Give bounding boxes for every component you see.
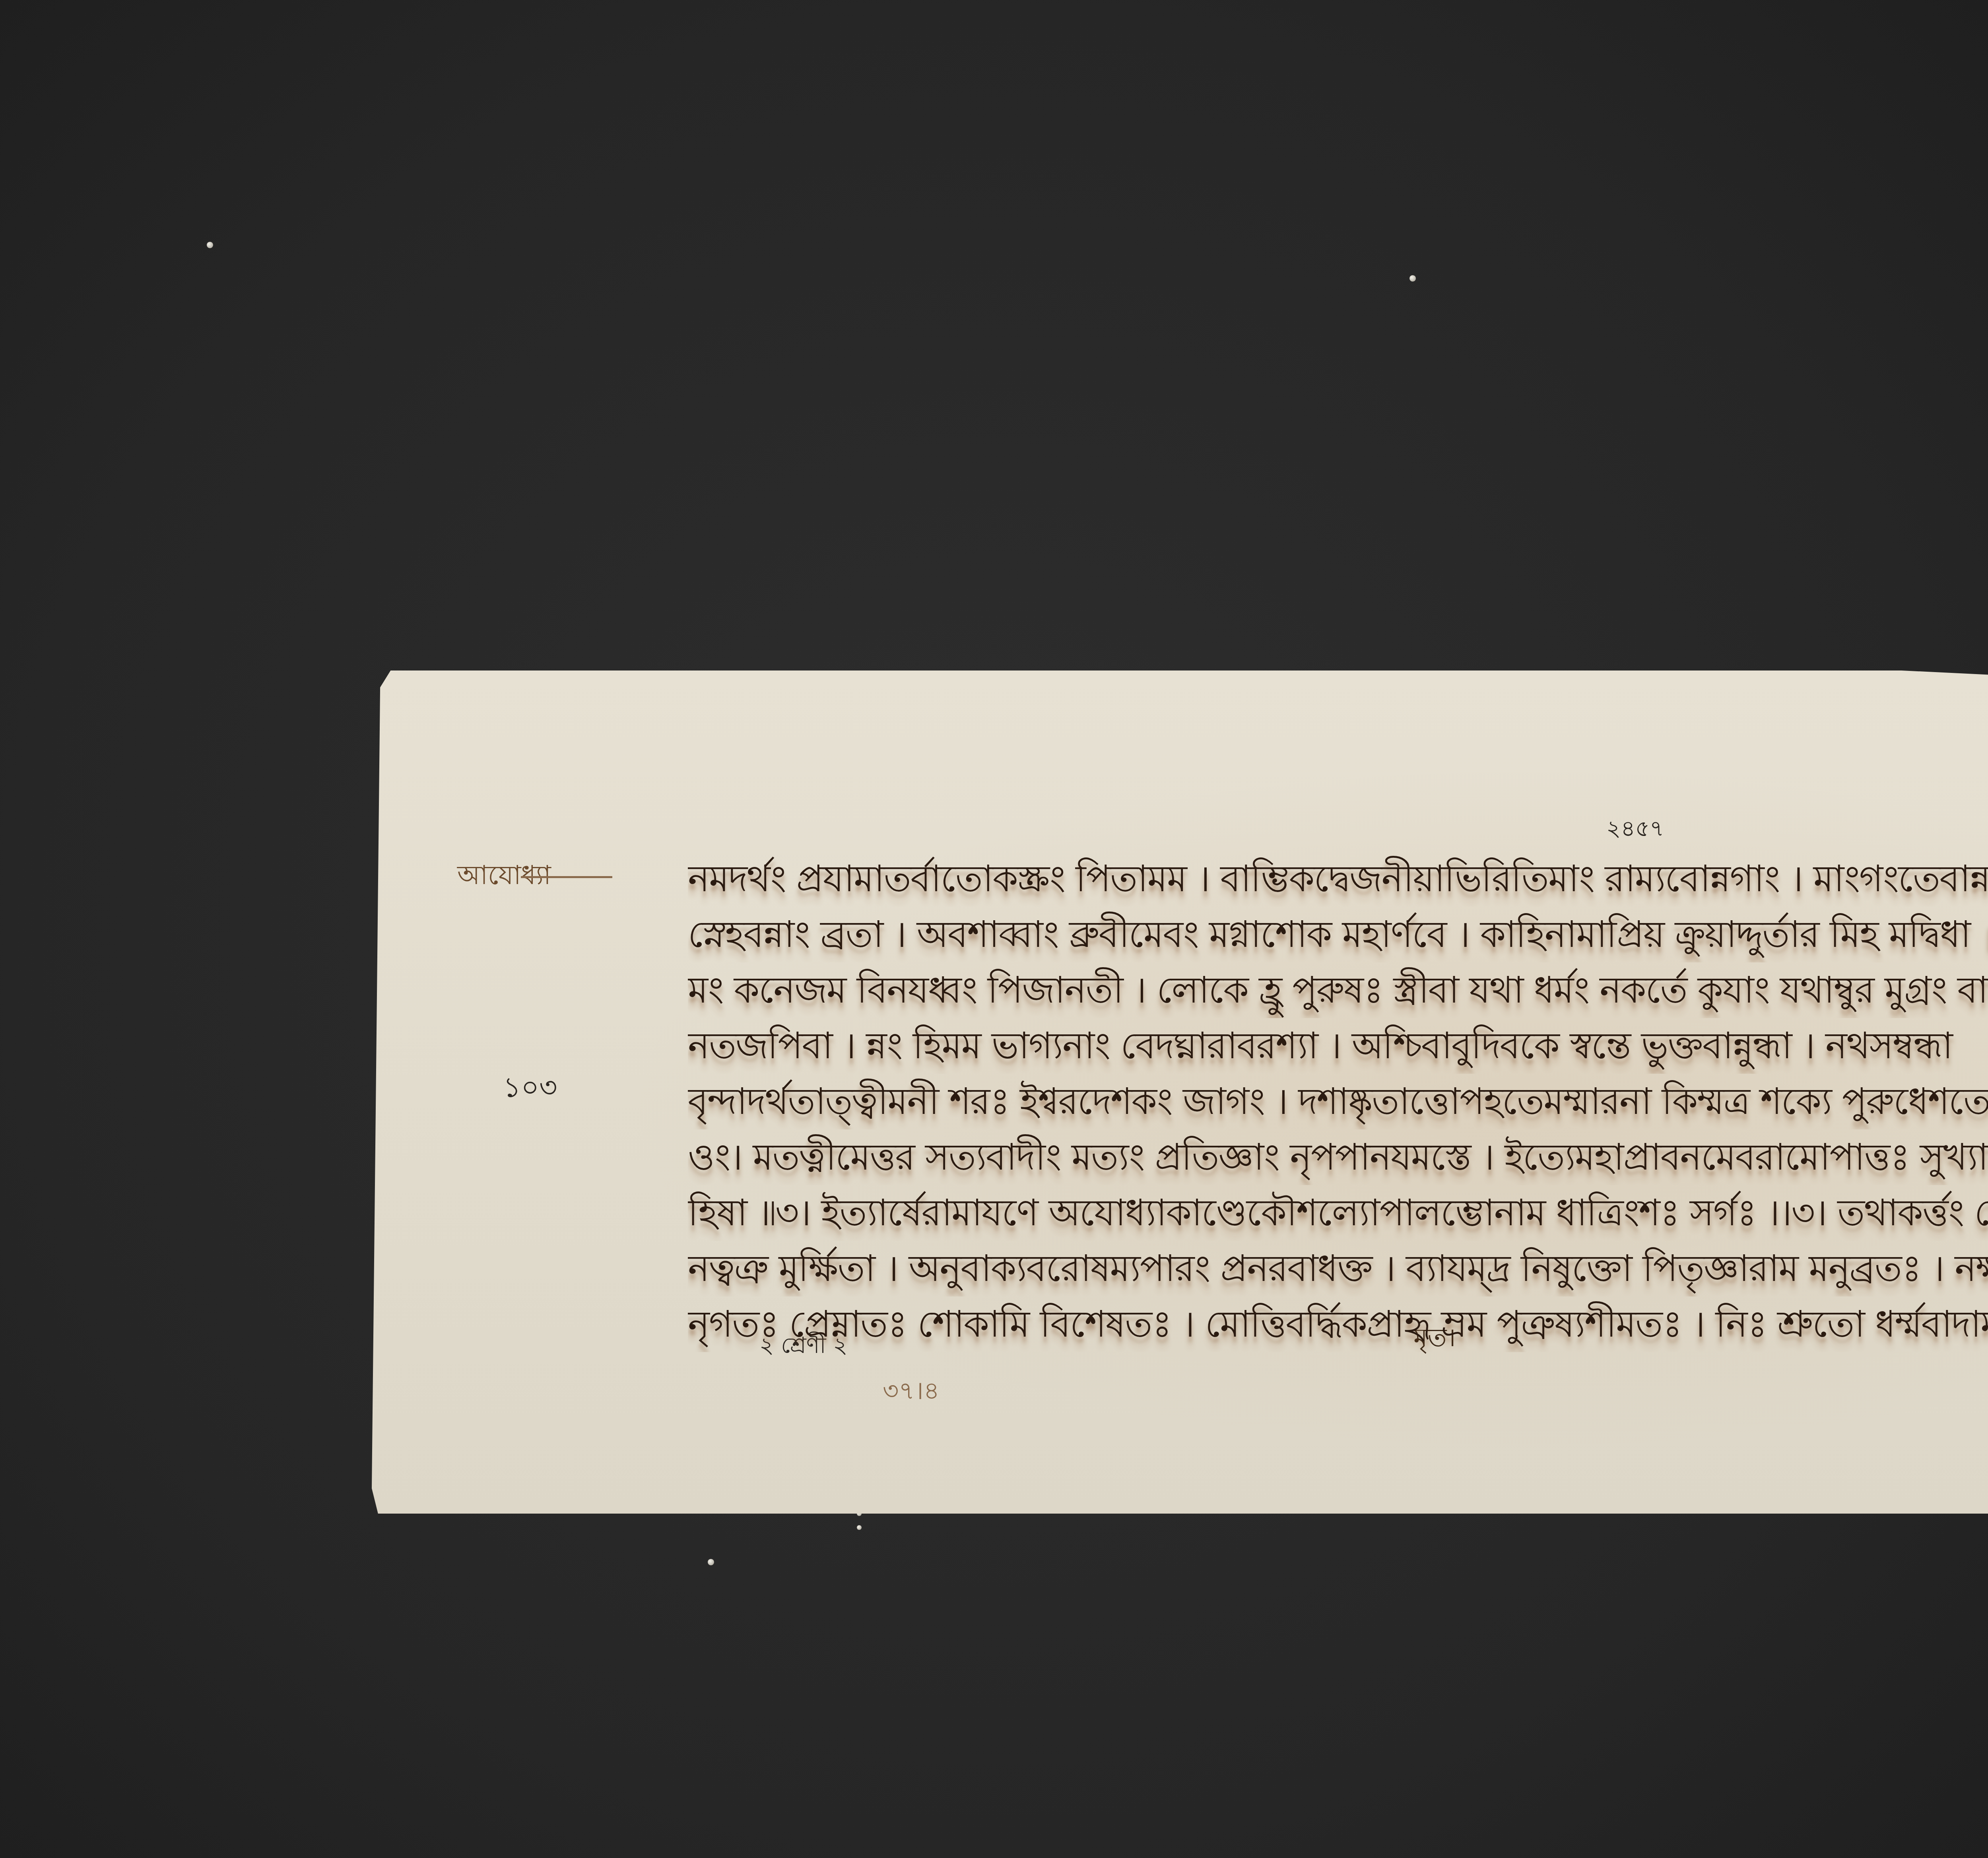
margin-rule xyxy=(521,876,612,878)
top-center-label: ২৪৫৭ xyxy=(1606,811,1664,849)
text-line: নত্বত্রু মুর্ক্ষিতা । অনুবাক্যবরোষম্যপার… xyxy=(688,1241,1988,1296)
pin-dot xyxy=(207,242,213,248)
pin-dot xyxy=(708,1559,714,1565)
text-line: নমদর্থং প্রযামাতর্বাতোকস্ক্রং পিতামম । ব… xyxy=(688,851,1988,907)
text-line: নতজপিবা । ন্নং হিমম ভাগ্যনাং বেদঘ্নারাবর… xyxy=(688,1018,1988,1074)
text-line: বৃন্দাদর্থতাত্ত্বীমনী শরঃ ইশ্বরদেশকং জাগ… xyxy=(688,1074,1988,1129)
bottom-left-number: ৩৭।৪ xyxy=(883,1372,940,1413)
pin-dot xyxy=(857,1525,862,1530)
text-line: মং কনেজম বিনযধ্বং পিজানতী । লোকে হ্রু পু… xyxy=(688,962,1988,1018)
text-line: স্নেহবন্নাং ব্রতা । অবশাব্বাং ব্রুবীমেবং… xyxy=(688,907,1988,962)
manuscript-text-block: নমদর্থং প্রযামাতর্বাতোকস্ক্রং পিতামম । ব… xyxy=(688,851,1988,1352)
text-line: নৃগতঃ প্রেম্নাতঃ শোকামি বিশেষতঃ । মোত্তি… xyxy=(688,1296,1988,1352)
text-line: ওং। মতত্নীমেত্তর সত্যবাদীং মত্যং প্রতিজ্… xyxy=(688,1129,1988,1185)
folio-number-left: ১০৩ xyxy=(503,1066,557,1112)
text-line: হিষা ।৷৩। ইত্যার্ষেরামাযণে অযোধ্যাকাণ্ডে… xyxy=(688,1185,1988,1241)
pin-dot xyxy=(1409,275,1416,282)
